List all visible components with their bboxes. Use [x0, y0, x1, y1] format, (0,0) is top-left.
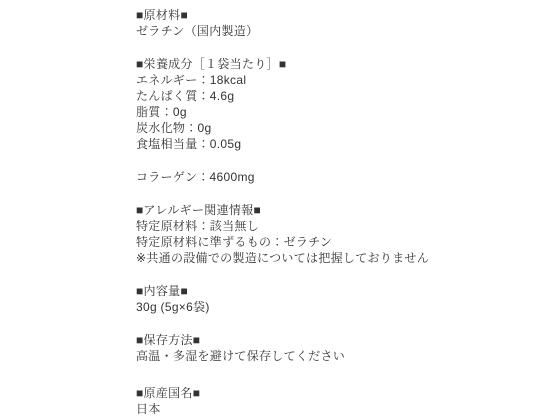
- nutrition-protein: たんぱく質：4.6g: [136, 88, 540, 104]
- section-collagen: コラーゲン：4600mg: [136, 169, 540, 185]
- storage-value: 高温・多湿を避けて保存してください: [136, 348, 540, 364]
- allergy-quasi-specified-ingredients: 特定原材料に準ずるもの：ゼラチン: [136, 234, 540, 250]
- nutrition-heading: ■栄養成分［１袋当たり］■: [136, 56, 540, 72]
- contents-value: 30g (5g×6袋): [136, 299, 540, 315]
- nutrition-energy: エネルギー：18kcal: [136, 72, 540, 88]
- section-storage: ■保存方法■ 高温・多湿を避けて保存してください: [136, 332, 540, 364]
- section-ingredients: ■原材料■ ゼラチン（国内製造）: [136, 7, 540, 39]
- nutrition-salt-equivalent: 食塩相当量：0.05g: [136, 136, 540, 152]
- allergy-shared-facility-note: ※共通の設備での製造については把握しておりません: [136, 250, 540, 266]
- section-contents: ■内容量■ 30g (5g×6袋): [136, 283, 540, 315]
- nutrition-fat: 脂質：0g: [136, 104, 540, 120]
- section-nutrition: ■栄養成分［１袋当たり］■ エネルギー：18kcal たんぱく質：4.6g 脂質…: [136, 56, 540, 152]
- origin-value: 日本: [136, 401, 540, 417]
- section-allergy: ■アレルギー関連情報■ 特定原材料：該当無し 特定原材料に準ずるもの：ゼラチン …: [136, 202, 540, 266]
- nutrition-collagen: コラーゲン：4600mg: [136, 169, 540, 185]
- origin-heading: ■原産国名■: [136, 385, 540, 401]
- allergy-specified-ingredients: 特定原材料：該当無し: [136, 218, 540, 234]
- contents-heading: ■内容量■: [136, 283, 540, 299]
- section-origin: ■原産国名■ 日本: [136, 385, 540, 417]
- nutrition-carbohydrate: 炭水化物：0g: [136, 120, 540, 136]
- product-spec-document: ■原材料■ ゼラチン（国内製造） ■栄養成分［１袋当たり］■ エネルギー：18k…: [0, 0, 560, 420]
- ingredients-value: ゼラチン（国内製造）: [136, 23, 540, 39]
- allergy-heading: ■アレルギー関連情報■: [136, 202, 540, 218]
- storage-heading: ■保存方法■: [136, 332, 540, 348]
- ingredients-heading: ■原材料■: [136, 7, 540, 23]
